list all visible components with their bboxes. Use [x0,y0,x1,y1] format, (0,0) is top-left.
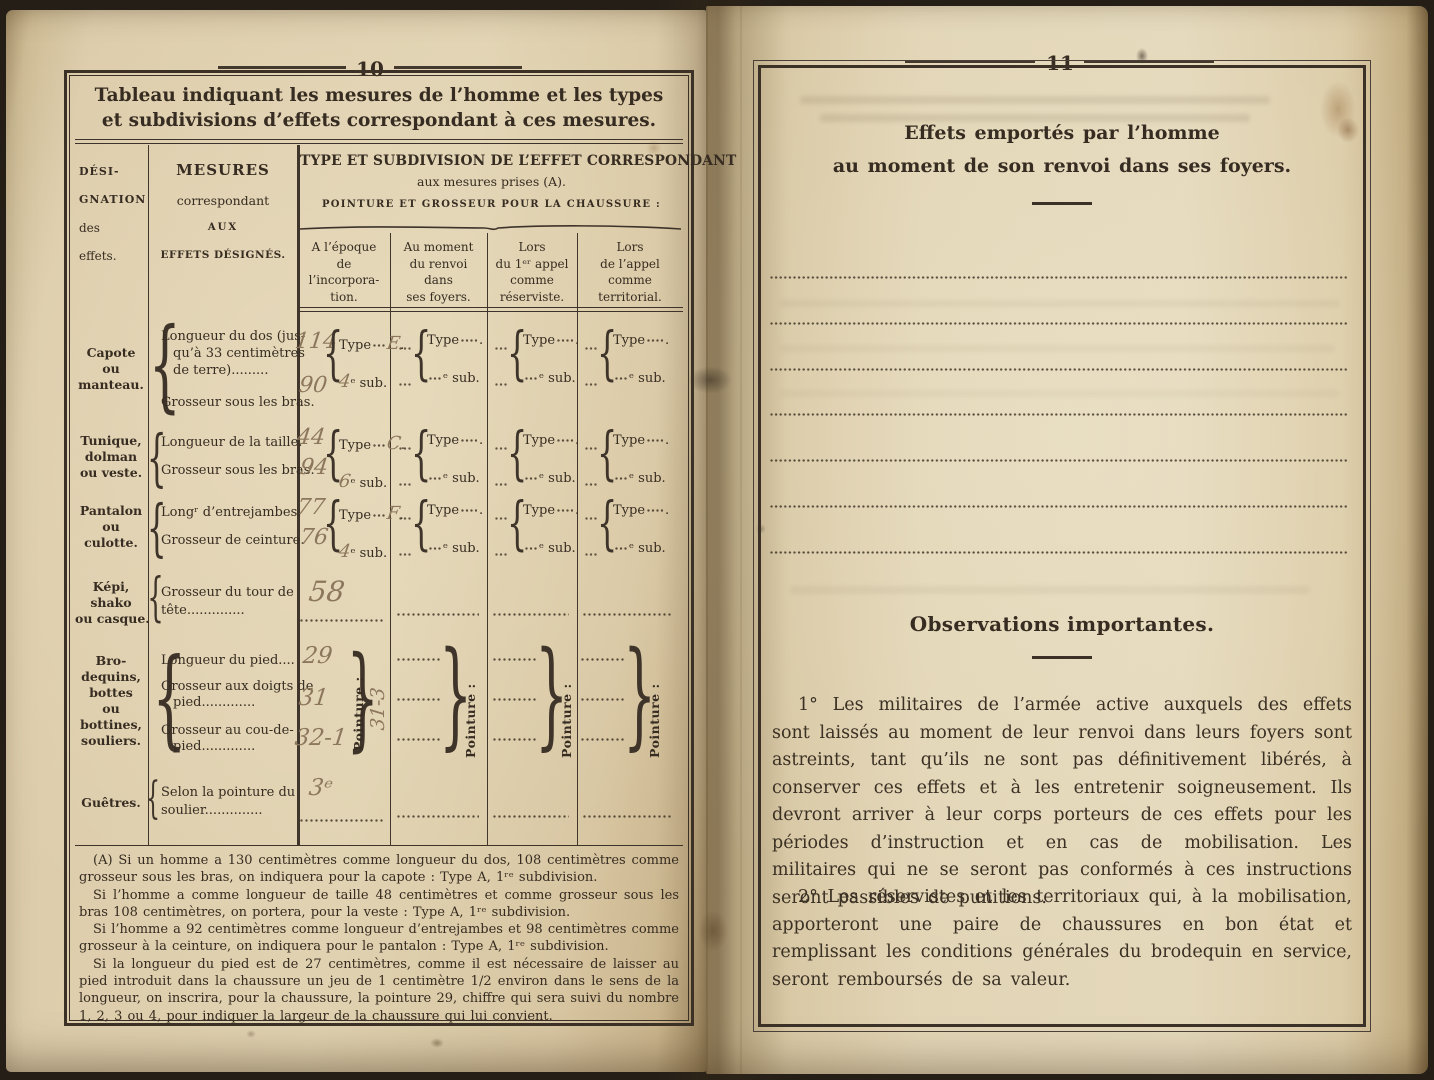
period: . [665,503,669,518]
pointure-label: Pointure : [647,683,662,758]
type-line: Type. [427,333,483,348]
measure-line: pied............. [173,695,255,710]
type-line: Type. [613,333,669,348]
table-title-line1: Tableau indiquant les mesures de l’homme… [67,85,691,106]
ruled-line [770,413,1348,416]
measure-line: Longueur de la taille. [161,435,302,450]
type-subdivision-cell: { TypeF. 4ᵉ sub. [321,493,409,577]
sub-label: ᵉ sub. [539,471,576,486]
rule [298,307,683,308]
designation-line: ou [75,519,147,534]
divider [1032,202,1092,205]
ruled-line [770,459,1348,462]
ruled-line [770,276,1348,279]
designation-line: shako [75,595,147,610]
sub-label: ᵉ sub. [350,546,387,561]
scanned-booklet: 10 Tableau indiquant les mesures de l’ho… [0,0,1434,1080]
type-subdivision-cell: {Type.ᵉ sub. [397,493,485,577]
designation-line: Capote [75,345,147,360]
type-line: Type. [523,503,579,518]
dotted-leader [615,377,627,380]
header-designation: des [79,221,100,235]
type-label: Type [613,333,645,348]
type-label: Type [339,438,371,453]
pointure-cell: }Pointure : [397,646,489,770]
header-col-territorial: Lorsde l’appelcommeterritorial. [577,239,683,305]
dotted-leader [429,477,441,480]
type-subdivision-cell: {Type.ᵉ sub. [583,323,671,407]
dotted-leader [429,377,441,380]
dotted-line [493,698,537,701]
measure-line: Grosseur au cou-de- [161,723,294,738]
dotted-leader [495,483,507,486]
dotted-leader [525,377,537,380]
measure-line: Longueur du pied.... [161,653,295,668]
footnote-paragraph: Si l’homme a 92 centimètres comme longue… [79,921,679,956]
dotted-line [583,815,673,818]
dotted-line [300,619,384,622]
type-label: Type [523,503,555,518]
designation-line: ou veste. [75,465,147,480]
dotted-leader [585,553,597,556]
header-span-sub1: aux mesures prises (A). [300,174,683,189]
sub-label: ᵉ sub. [629,541,666,556]
period: . [665,333,669,348]
period: . [575,333,579,348]
dotted-leader [429,547,441,550]
ruled-line [770,551,1348,554]
header-designation: GNATION [79,193,146,206]
dotted-leader [585,383,597,386]
header-span-sub2: POINTURE ET GROSSEUR POUR LA CHAUSSURE : [300,199,683,210]
sub-line: ᵉ sub. [427,541,480,556]
pointure-label: Pointure : [559,683,574,758]
type-subdivision-cell: {Type.ᵉ sub. [583,493,671,577]
dotted-leader [557,439,573,442]
dotted-leader [399,383,411,386]
type-subdivision-cell: {Type.ᵉ sub. [493,323,581,407]
handwritten-value: 31 [297,685,329,711]
dotted-line [397,658,441,661]
dotted-leader [495,347,507,350]
measure-line: Grosseur de ceinture. [161,533,304,548]
dotted-leader [585,517,597,520]
sub-line: ᵉ sub. [523,471,576,486]
header-col-reserviste: Lorsdu 1ᵉʳ appelcommeréserviste. [487,239,577,305]
dotted-line [493,613,569,616]
designation-line: Bro- [75,653,147,668]
dotted-leader [495,383,507,386]
header-mesures: correspondant [152,193,294,208]
designation-line: Tunique, [75,433,147,448]
dotted-line [583,613,673,616]
sub-label: ᵉ sub. [443,471,480,486]
sub-line: ᵉ sub. [523,541,576,556]
type-label: Type [613,503,645,518]
sub-label: ᵉ sub. [629,371,666,386]
brace-icon: { [146,779,160,819]
dotted-leader [495,517,507,520]
header-mesures: AUX [152,222,294,233]
type-line: Type. [523,433,579,448]
footnote-paragraph: Si l’homme a comme longueur de taille 48… [79,887,679,922]
sub-line: ᵉ sub. [613,371,666,386]
type-label: Type [339,508,371,523]
type-label: Type [427,433,459,448]
dotted-line [581,658,625,661]
observations-paragraph-2: 2° Les réservistes et les territoriaux q… [772,884,1352,994]
pointure-cell: }Pointure : [493,646,585,770]
measure-line: Longueur du dos (jus- [161,329,305,344]
type-subdivision-cell: {Type.ᵉ sub. [397,323,485,407]
sub-label: ᵉ sub. [539,541,576,556]
dotted-line [397,613,479,616]
dotted-line [493,815,569,818]
dotted-leader [399,347,411,350]
measure-line: qu’à 33 centimètres [173,346,305,361]
sub-line: ᵉ sub. [523,371,576,386]
designation-line: souliers. [75,733,147,748]
dotted-leader [399,447,411,450]
period: . [479,333,483,348]
measurement-table: Tableau indiquant les mesures de l’homme… [64,70,694,1026]
type-line: Type. [427,433,483,448]
measure-line: Selon la pointure du [161,785,295,800]
designation-line: ou casque. [75,611,147,626]
header-designation: effets. [79,249,117,263]
header-span-title: TYPE ET SUBDIVISION DE L’EFFET CORRESPON… [300,153,683,169]
dotted-leader [647,339,663,342]
measure-line: Grosseur sous les bras. [161,463,315,478]
type-subdivision-cell: {Type.ᵉ sub. [493,493,581,577]
type-line: Type. [523,333,579,348]
handwritten-value: 3ᵉ [307,775,334,801]
rule [75,143,683,144]
observations-title: Observations importantes. [772,612,1352,636]
ruled-line [770,505,1348,508]
sub-label: ᵉ sub. [350,476,387,491]
sub-line: ᵉ sub. [613,471,666,486]
dotted-leader [373,444,385,447]
handwritten-value: 58 [307,575,347,608]
designation-line: bottines, [75,717,147,732]
period: . [575,503,579,518]
designation-line: ou [75,361,147,376]
sub-label: ᵉ sub. [443,541,480,556]
dotted-leader [399,517,411,520]
header-designation: DÉSI- [79,165,120,178]
header-col-incorporation: A l’époquedel’incorpora-tion. [298,239,390,305]
footnote: (A) Si un homme a 130 centimètres comme … [79,852,679,1025]
designation-line: dequins, [75,669,147,684]
measure-line: Grosseur aux doigts de [161,679,313,694]
designation-line: culotte. [75,535,147,550]
dotted-leader [615,477,627,480]
dotted-line [397,698,441,701]
sub-label: ᵉ sub. [629,471,666,486]
sub-line: ᵉ sub. [427,371,480,386]
sub-label: ᵉ sub. [539,371,576,386]
type-line: Type. [613,503,669,518]
footnote-paragraph: Si la longueur du pied est de 27 centimè… [79,956,679,1025]
header-mesures: MESURES [152,161,294,179]
designation-line: Képi, [75,579,147,594]
sub-line: ᵉ sub. [613,541,666,556]
period: . [479,433,483,448]
dotted-line [581,738,625,741]
designation-line: Guêtres. [75,795,147,810]
dotted-leader [525,477,537,480]
designation-line: dolman [75,449,147,464]
measure-line: Grosseur sous les bras. [161,395,315,410]
type-subdivision-cell: { TypeE. 4ᵉ sub. [321,323,409,407]
pointure-label: Pointure : [463,683,478,758]
handwritten-value: 32-1 [293,725,348,751]
period: . [479,503,483,518]
designation-line: manteau. [75,377,147,392]
rule [298,311,683,312]
sub-label: ᵉ sub. [443,371,480,386]
measure-line: de terre)......... [173,363,268,378]
dotted-leader [461,509,477,512]
ruled-line [770,322,1348,325]
dotted-leader [585,347,597,350]
measure-line: Longʳ d’entrejambes. [161,505,301,520]
pointure-label: Pointure : [351,676,366,751]
dotted-leader [647,439,663,442]
pointure-cell: }Pointure : [581,646,673,770]
dotted-leader [557,509,573,512]
measure-line: soulier.............. [161,803,263,818]
measure-line: tête.............. [161,603,245,618]
sub-label: ᵉ sub. [350,376,387,391]
dotted-line [493,738,537,741]
designation-line: ou [75,701,147,716]
type-label: Type [339,338,371,353]
dotted-line [493,658,537,661]
dotted-line [397,815,479,818]
sub-line: ᵉ sub. [427,471,480,486]
dotted-leader [461,339,477,342]
handwritten-pointure-value: 31-3 [367,686,389,731]
header-mesures: EFFETS DÉSIGNÉS. [152,249,294,261]
designation-line: bottes [75,685,147,700]
dotted-leader [373,514,385,517]
observations-paragraph-1: 1° Les militaires de l’armée active auxq… [772,692,1352,912]
dotted-leader [399,553,411,556]
footnote-paragraph: (A) Si un homme a 130 centimètres comme … [79,852,679,887]
handwritten-value: 29 [301,643,333,669]
ruled-line [770,368,1348,371]
measure-line: pied............. [173,739,255,754]
type-label: Type [523,433,555,448]
type-line: Type. [613,433,669,448]
dotted-leader [585,483,597,486]
dotted-leader [399,483,411,486]
dotted-line [300,819,384,822]
rule [75,139,683,140]
dotted-leader [373,344,385,347]
dotted-leader [647,509,663,512]
dotted-line [397,738,441,741]
right-page-title-line2: au moment de son renvoi dans ses foyers. [772,155,1352,177]
period: . [665,433,669,448]
dotted-leader [615,547,627,550]
rule [75,845,683,846]
dotted-line [581,698,625,701]
dotted-leader [461,439,477,442]
right-page-title-line1: Effets emportés par l’homme [772,122,1352,144]
type-line: Type. [427,503,483,518]
dotted-leader [557,339,573,342]
curly-rule [298,223,683,233]
header-col-renvoi: Au momentdu renvoidansses foyers. [390,239,487,305]
type-label: Type [427,333,459,348]
dotted-leader [525,547,537,550]
type-label: Type [523,333,555,348]
dotted-leader [495,447,507,450]
designation-line: Pantalon [75,503,147,518]
table-title-line2: et subdivisions d’effets correspondant à… [67,110,691,131]
type-label: Type [427,503,459,518]
dotted-leader [495,553,507,556]
period: . [575,433,579,448]
type-label: Type [613,433,645,448]
divider [1032,656,1092,659]
dotted-leader [585,447,597,450]
measure-line: Grosseur du tour de [161,585,294,600]
